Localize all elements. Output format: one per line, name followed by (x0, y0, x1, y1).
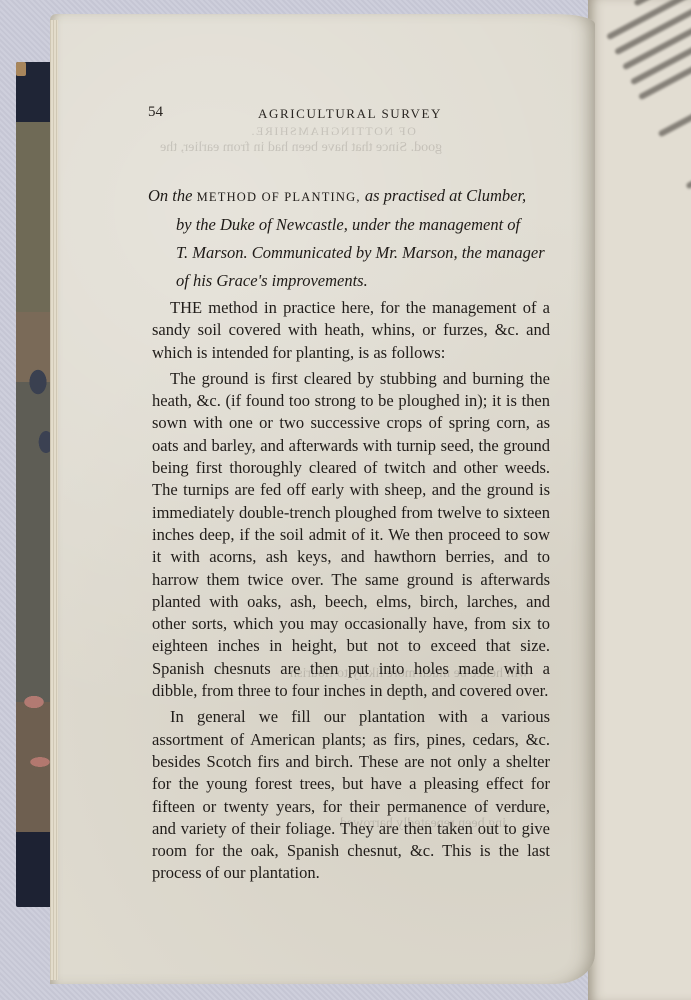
paragraph: THE method in practice here, for the man… (152, 297, 550, 364)
running-head-title: AGRICULTURAL SURVEY (258, 106, 442, 122)
paragraph: The ground is first cleared by stubbing … (152, 368, 550, 702)
article-body: THE method in practice here, for the man… (152, 297, 550, 885)
running-head: 54 AGRICULTURAL SURVEY (148, 104, 578, 124)
heading-line4: of his Grace's improvements. (148, 267, 558, 295)
facing-page (588, 0, 691, 1000)
page-block-edges (50, 20, 58, 980)
show-through-text: good. Since that have been had in from e… (160, 140, 442, 156)
heading-line2: by the Duke of Newcastle, under the mana… (148, 211, 558, 239)
page-number: 54 (148, 104, 163, 121)
paragraph: In general we fill our plantation with a… (152, 706, 550, 884)
facing-page-text-blur (598, 0, 691, 484)
heading-line3: T. Marson. Communicated by Mr. Marson, t… (148, 239, 558, 267)
heading-prefix: On the (148, 186, 192, 205)
heading-line1-rest: as practised at Clumber, (365, 186, 526, 205)
heading-small-caps: Method of Planting, (197, 190, 361, 204)
article-heading: On the Method of Planting, as practised … (148, 182, 558, 295)
show-through-text: OF NOTTINGHAMSHIRE. (250, 124, 416, 139)
cover-worn-corner (16, 62, 26, 76)
